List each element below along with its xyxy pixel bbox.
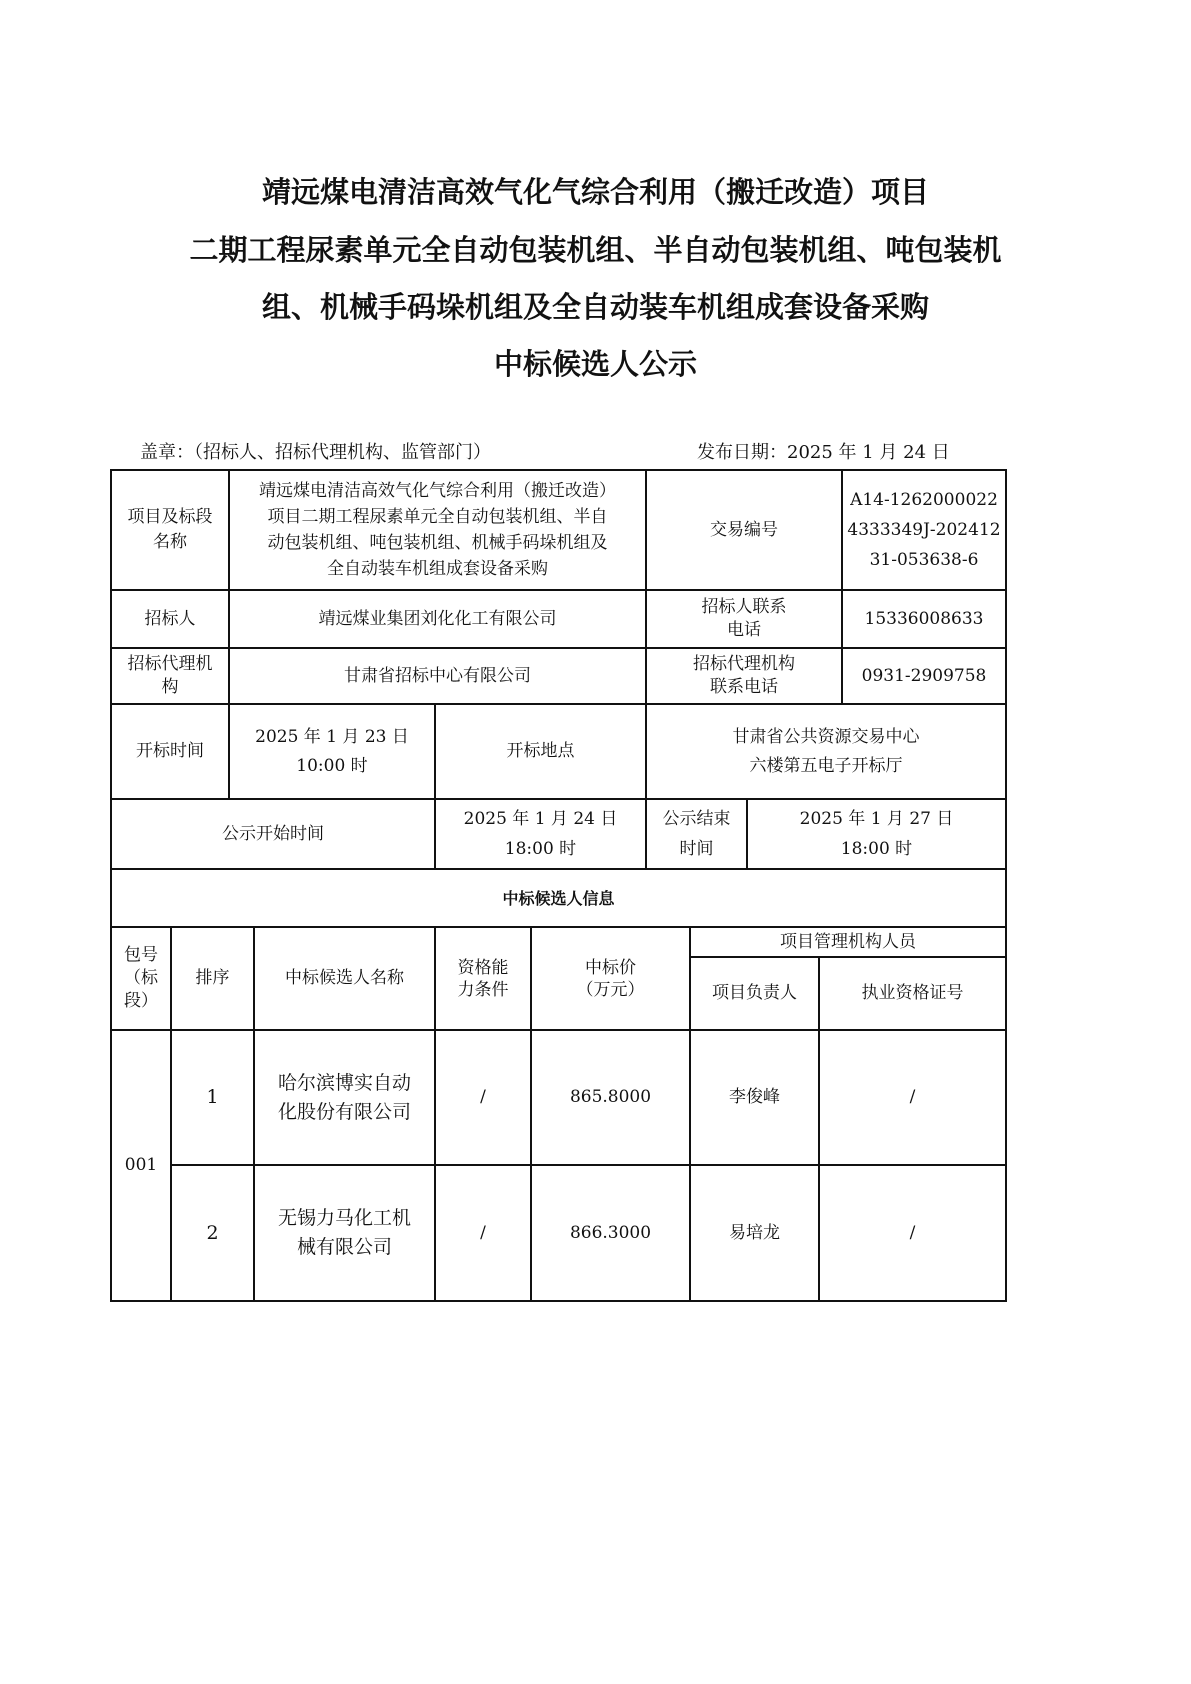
header-price: 中标价 （万元） [532,928,689,1029]
project-name-label: 项目及标段 名称 [112,471,228,589]
package-no: 001 [112,1031,170,1300]
header-rank: 排序 [172,928,253,1029]
header-package: 包号 （标 段） [112,928,170,1029]
tenderer-label: 招标人 [112,591,228,647]
row-candidate-name: 无锡力马化工机 械有限公司 [255,1166,434,1300]
open-time-label: 开标时间 [112,705,228,798]
row-manager: 易培龙 [691,1166,818,1300]
notice-start-value: 2025 年 1 月 24 日 18:00 时 [436,800,645,868]
header-personnel-group: 项目管理机构人员 [691,928,1005,956]
notice-end-label: 公示结束 时间 [647,800,746,868]
agency-phone-label: 招标代理机构 联系电话 [647,649,841,703]
header-manager: 项目负责人 [691,958,818,1029]
document-title-line-2: 二期工程尿素单元全自动包装机组、半自动包装机组、吨包装机 [0,230,1191,270]
tenderer-phone-label: 招标人联系 电话 [647,591,841,647]
row-rank: 1 [172,1031,253,1164]
header-name: 中标候选人名称 [255,928,434,1029]
publish-date: 发布日期：2025 年 1 月 24 日 [697,440,950,466]
seal-label: 盖章：（招标人、招标代理机构、监管部门） [140,440,491,466]
row-manager: 李俊峰 [691,1031,818,1164]
notice-start-label: 公示开始时间 [112,800,434,868]
trade-no-value: A14-1262000022 4333349J-202412 31-053638… [843,471,1005,589]
agency-phone-value: 0931-2909758 [843,649,1005,703]
row-price: 865.8000 [532,1031,689,1164]
tenderer-value: 靖远煤业集团刘化化工有限公司 [230,591,645,647]
document-title-line-3: 组、机械手码垛机组及全自动装车机组成套设备采购 [0,287,1191,327]
candidates-section-title: 中标候选人信息 [112,870,1005,926]
notice-end-value: 2025 年 1 月 27 日 18:00 时 [748,800,1005,868]
row-cert-no: / [820,1031,1005,1164]
open-place-label: 开标地点 [436,705,645,798]
row-rank: 2 [172,1166,253,1300]
open-place-value: 甘肃省公共资源交易中心 六楼第五电子开标厅 [647,705,1005,798]
document-title-line-4: 中标候选人公示 [0,344,1191,384]
tenderer-phone-value: 15336008633 [843,591,1005,647]
row-candidate-name: 哈尔滨博实自动 化股份有限公司 [255,1031,434,1164]
document-title-line-1: 靖远煤电清洁高效气化气综合利用（搬迁改造）项目 [0,172,1191,212]
trade-no-label: 交易编号 [647,471,841,589]
row-cert-no: / [820,1166,1005,1300]
row-price: 866.3000 [532,1166,689,1300]
open-time-value: 2025 年 1 月 23 日 10:00 时 [230,705,434,798]
header-qualification: 资格能 力条件 [436,928,530,1029]
agency-label: 招标代理机 构 [112,649,228,703]
agency-value: 甘肃省招标中心有限公司 [230,649,645,703]
row-qualification: / [436,1031,530,1164]
header-cert-no: 执业资格证号 [820,958,1005,1029]
project-name-value: 靖远煤电清洁高效气化气综合利用（搬迁改造） 项目二期工程尿素单元全自动包装机组、… [230,471,645,589]
row-qualification: / [436,1166,530,1300]
